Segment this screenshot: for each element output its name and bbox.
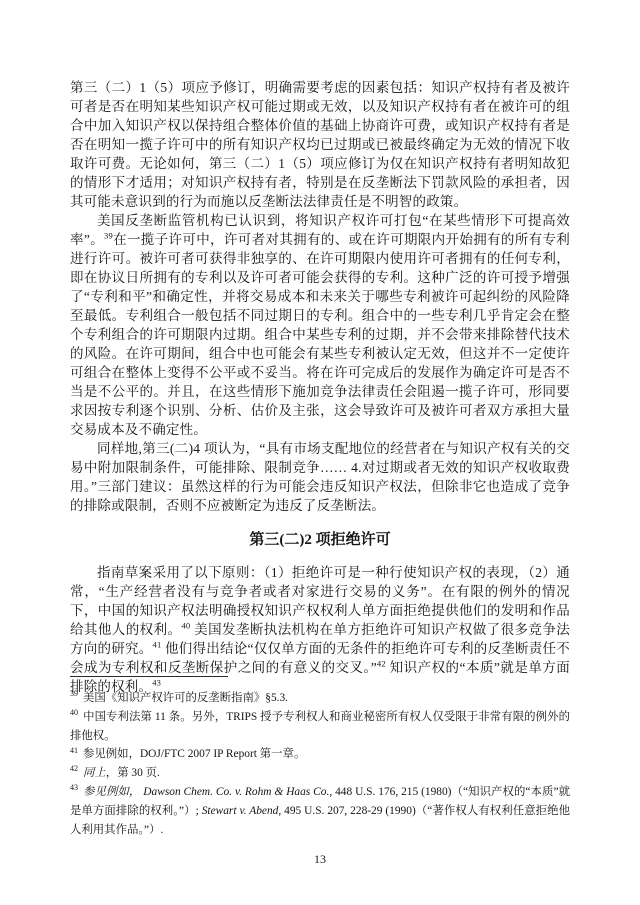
text-segment: Dawson Chem. Co. v. Rohm & Haas Co. (143, 786, 329, 798)
text-segment: 第三（二）1（5）项应予修订，明确需要考虑的因素包括：知识产权持有者及被许可者是… (70, 80, 570, 209)
footnote-40: 40中国专利法第 11 条。另外，TRIPS 授予专利权人和商业秘密所有权人仅受… (70, 708, 570, 746)
footnote-number: 39 (70, 689, 78, 698)
text-segment: 中国专利法第 11 条。另外，TRIPS 授予专利权人和商业秘密所有权人仅受限于… (70, 711, 570, 742)
text-segment: 同上 (83, 767, 106, 779)
text-segment: 美国《知识产权许可的反垄断指南》§5.3. (83, 692, 288, 704)
footnote-text: 中国专利法第 11 条。另外，TRIPS 授予专利权人和商业秘密所有权人仅受限于… (70, 711, 570, 742)
footnote-42: 42同上，第 30 页. (70, 764, 570, 783)
text-segment: ，第 30 页. (106, 767, 160, 779)
page-number: 13 (0, 852, 640, 867)
footnote-ref: 39 (104, 231, 113, 241)
body-text: 第三（二）1（5）项应予修订，明确需要考虑的因素包括：知识产权持有者及被许可者是… (70, 78, 570, 696)
footnote-ref: 42 (377, 659, 386, 669)
paragraph-amendment-3-2-1-5: 第三（二）1（5）项应予修订，明确需要考虑的因素包括：知识产权持有者及被许可者是… (70, 78, 570, 211)
footnote-text: 参见例如，DOJ/FTC 2007 IP Report 第一章。 (83, 748, 305, 760)
text-segment: 参见例如， (83, 786, 140, 798)
footnote-text: 参见例如， Dawson Chem. Co. v. Rohm & Haas Co… (70, 786, 570, 836)
paragraph-article-3-2-4: 同样地,第三(二)4 项认为，“具有市场支配地位的经营者在与知识产权有关的交易中… (70, 439, 570, 515)
footnote-number: 40 (70, 708, 78, 717)
document-page: 第三（二）1（5）项应予修订，明确需要考虑的因素包括：知识产权持有者及被许可者是… (0, 0, 640, 905)
text-segment: 在一揽子许可中，许可者对其拥有的、或在许可期限内开始拥有的所有专利进行许可。被许… (70, 232, 570, 437)
section-heading: 第三(二)2 项拒绝许可 (70, 531, 570, 550)
footnote-number: 41 (70, 746, 78, 755)
footnotes-section: 39美国《知识产权许可的反垄断指南》§5.3. 40中国专利法第 11 条。另外… (70, 676, 570, 839)
footnote-number: 43 (70, 783, 78, 792)
text-segment: Stewart v. Abend (202, 805, 279, 817)
footnote-41: 41参见例如，DOJ/FTC 2007 IP Report 第一章。 (70, 745, 570, 764)
footnote-separator (70, 676, 228, 677)
footnote-text: 同上，第 30 页. (83, 767, 160, 779)
footnote-number: 42 (70, 764, 78, 773)
footnote-43: 43参见例如， Dawson Chem. Co. v. Rohm & Haas … (70, 783, 570, 839)
footnote-text: 美国《知识产权许可的反垄断指南》§5.3. (83, 692, 288, 704)
footnote-ref: 40 (181, 621, 190, 631)
paragraph-package-licensing: 美国反垄断监管机构已认识到，将知识产权许可打包“在某些情形下可提高效率”。39在… (70, 211, 570, 439)
text-segment: 同样地,第三(二)4 项认为，“具有市场支配地位的经营者在与知识产权有关的交易中… (70, 441, 570, 513)
text-segment: 参见例如，DOJ/FTC 2007 IP Report 第一章。 (83, 748, 305, 760)
footnote-39: 39美国《知识产权许可的反垄断指南》§5.3. (70, 689, 570, 708)
